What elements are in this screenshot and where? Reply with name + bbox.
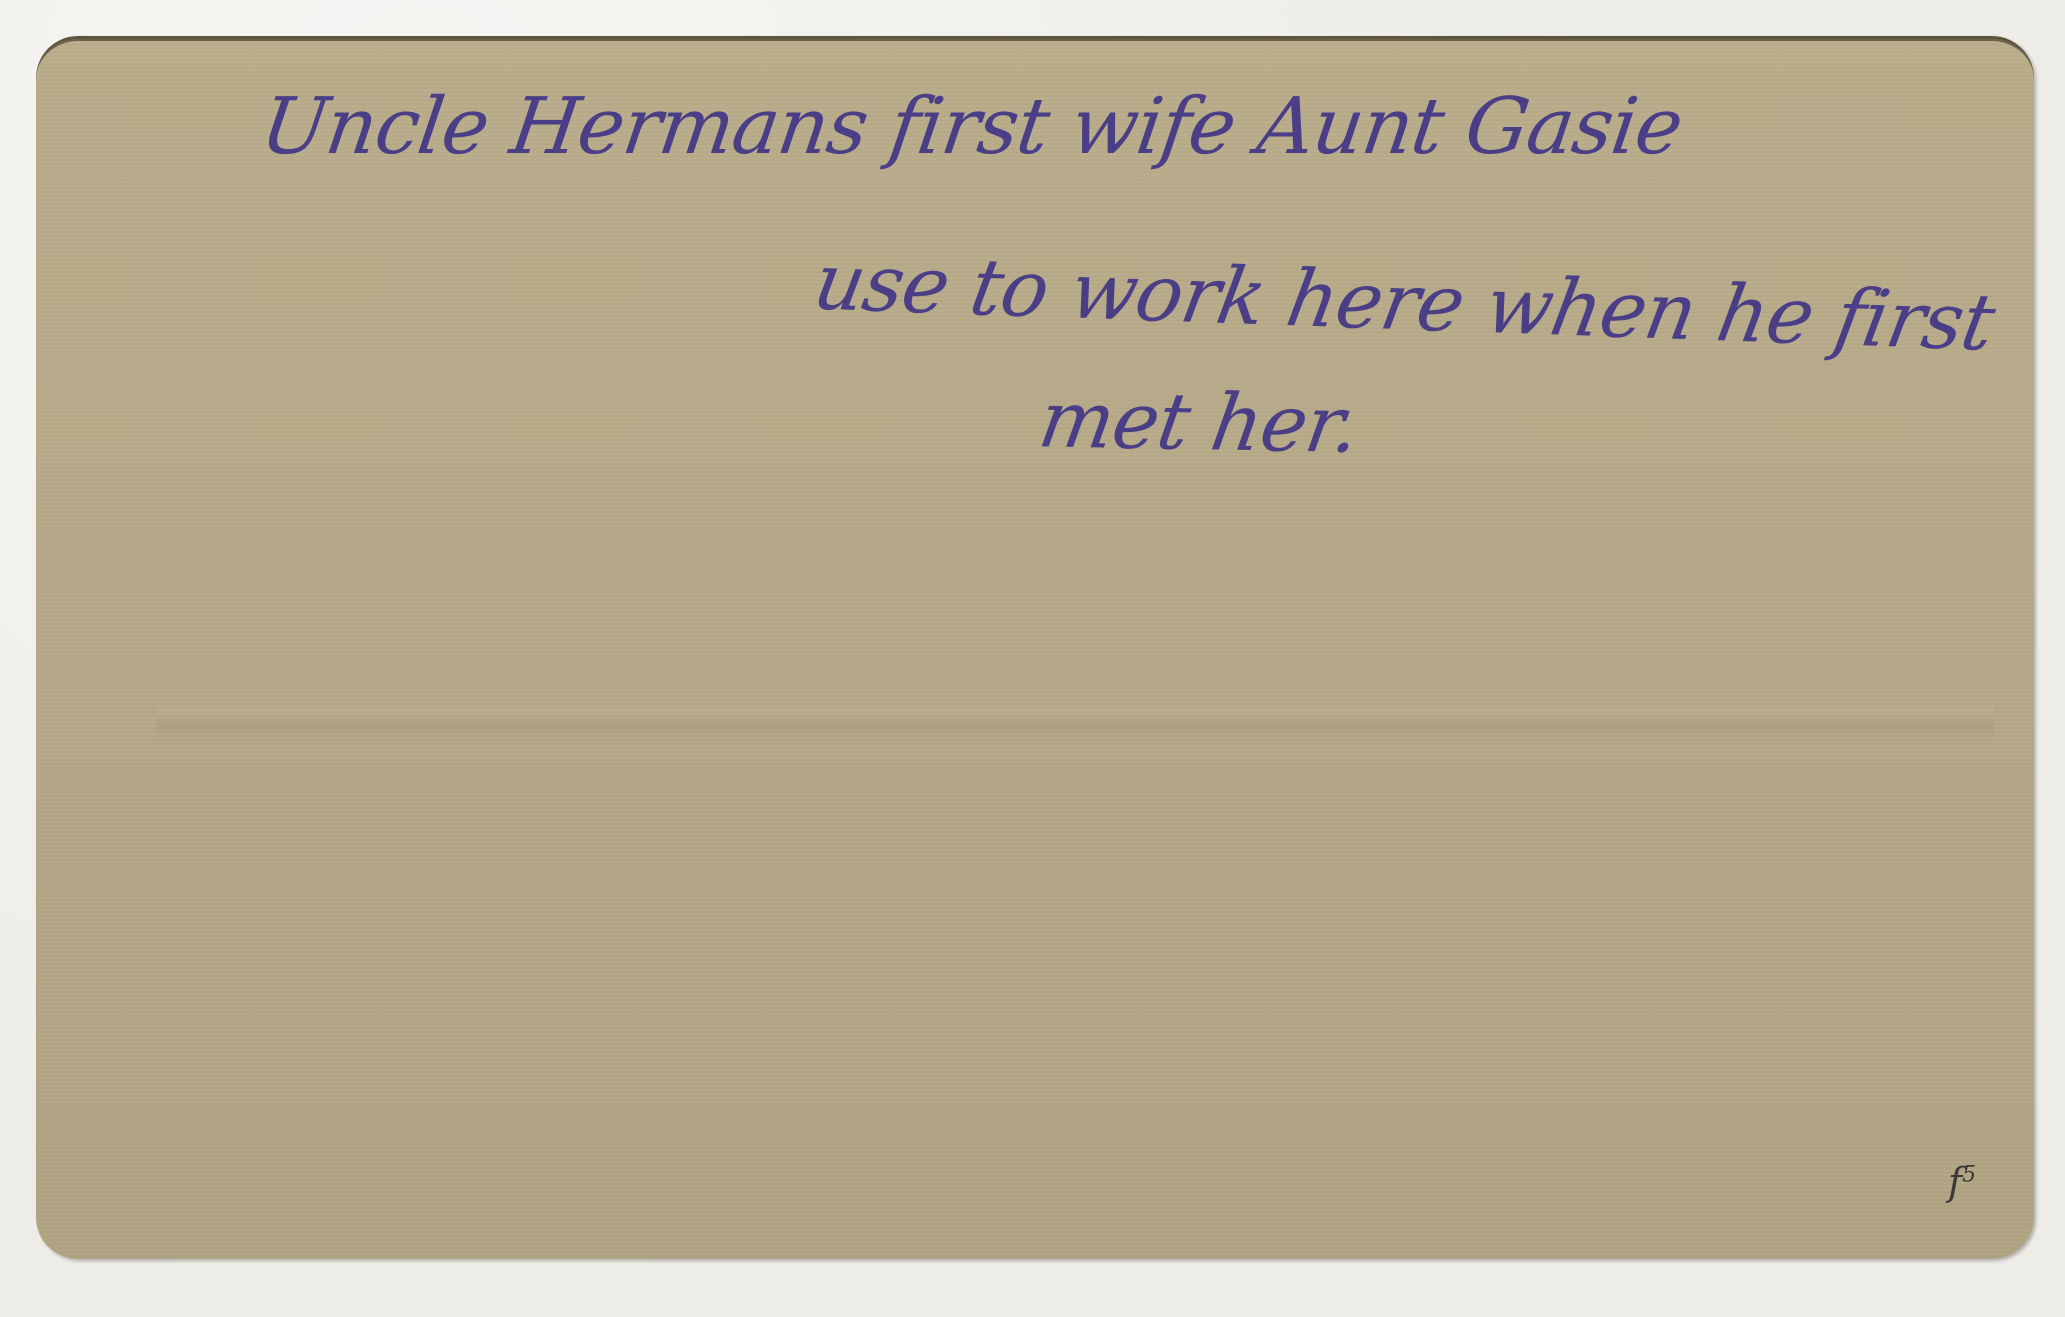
paper-crease — [156, 699, 1994, 739]
handwritten-line-1: Uncle Hermans first wife Aunt Gasie — [256, 82, 1688, 172]
photo-card-back — [36, 36, 2034, 1259]
pencil-mark-letter: f — [1948, 1160, 1962, 1204]
pencil-mark-number: 5 — [1962, 1162, 1976, 1187]
pencil-catalog-mark: f5 — [1948, 1160, 1976, 1204]
handwritten-line-3: met her. — [1033, 375, 1365, 471]
